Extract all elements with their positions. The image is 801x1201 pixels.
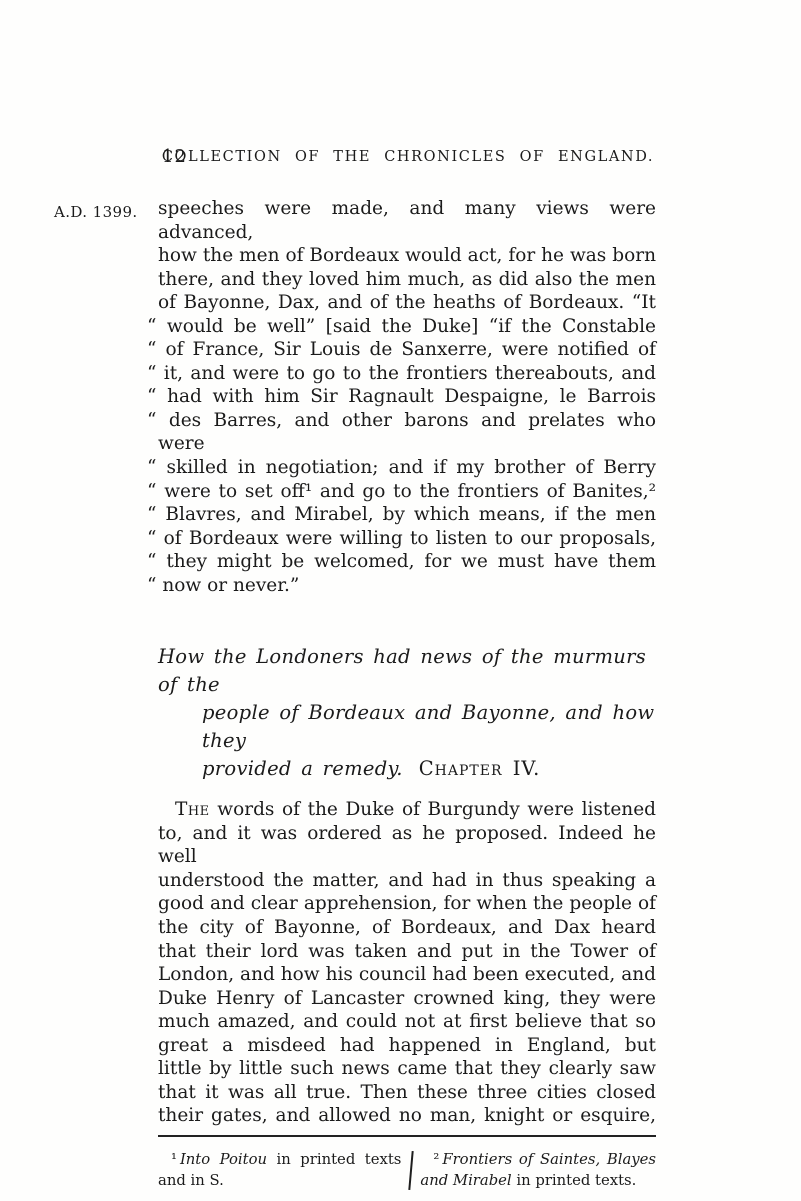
chapter-heading-line: provided a remedy.Chapter IV. [158, 755, 656, 783]
text-line: how the men of Bordeaux would act, for h… [158, 244, 656, 268]
text-line: great a misdeed had happened in England,… [158, 1034, 656, 1058]
text-line: “ des Barres, and other barons and prela… [158, 409, 656, 456]
footnote-rule [158, 1135, 656, 1137]
chapter-heading-line: people of Bordeaux and Bayonne, and how … [158, 699, 656, 755]
text-line: “ Blavres, and Mirabel, by which means, … [158, 503, 656, 527]
paragraph-1: speeches were made, and many views were … [158, 197, 656, 597]
footnotes: ¹Into Poitou in printed texts and in S. … [158, 1149, 656, 1191]
text-line: that their lord was taken and put in the… [158, 940, 656, 964]
text-line: “ it, and were to go to the frontiers th… [158, 362, 656, 386]
text-line: understood the matter, and had in thus s… [158, 869, 656, 893]
text-line: “ they might be welcomed, for we must ha… [158, 550, 656, 574]
footnote-1-marker: ¹ [171, 1151, 177, 1168]
footnote-2-text: in printed texts. [512, 1172, 637, 1189]
footnote-1: ¹Into Poitou in printed texts and in S. [158, 1149, 401, 1191]
chapter-heading: How the Londoners had news of the murmur… [158, 643, 656, 783]
text-line: “ of Bordeaux were willing to listen to … [158, 527, 656, 551]
text-line: “ skilled in negotiation; and if my brot… [158, 456, 656, 480]
text-line: good and clear apprehension, for when th… [158, 892, 656, 916]
page-number: 12 [162, 146, 187, 167]
chapter-number-label: Chapter IV. [419, 757, 541, 780]
text-line: “ had with him Sir Ragnault Despaigne, l… [158, 385, 656, 409]
chapter-heading-italic: provided a remedy. [202, 757, 403, 780]
text-line: much amazed, and could not at first beli… [158, 1010, 656, 1034]
text-column: speeches were made, and many views were … [158, 197, 656, 1191]
text-line: “ would be well” [said the Duke] “if the… [158, 315, 656, 339]
running-title: COLLECTION OF THE CHRONICLES OF ENGLAND. [162, 149, 654, 165]
text-line: there, and they loved him much, as did a… [158, 268, 656, 292]
text-line: “ of France, Sir Louis de Sanxerre, were… [158, 338, 656, 362]
footnote-2: ²Frontiers of Saintes, Blayes and Mirabe… [420, 1149, 656, 1191]
text-line: “ now or never.” [158, 574, 656, 598]
margin-note-date: A.D. 1399. [54, 203, 138, 221]
text-line: The words of the Duke of Burgundy were l… [158, 798, 656, 822]
footnote-1-italic: Into Poitou [180, 1151, 267, 1168]
running-header: 12 COLLECTION OF THE CHRONICLES OF ENGLA… [158, 146, 658, 165]
text-line: little by little such news came that the… [158, 1057, 656, 1081]
text-line: that it was all true. Then these three c… [158, 1081, 656, 1105]
chapter-heading-line: How the Londoners had news of the murmur… [158, 643, 656, 699]
footnote-column-divider [409, 1151, 414, 1190]
lead-word-smallcaps: The [175, 799, 210, 820]
text-line: London, and how his council had been exe… [158, 963, 656, 987]
book-page: 12 COLLECTION OF THE CHRONICLES OF ENGLA… [0, 0, 801, 1201]
text-line: Duke Henry of Lancaster crowned king, th… [158, 987, 656, 1011]
text-line: to, and it was ordered as he proposed. I… [158, 822, 656, 869]
text-line: their gates, and allowed no man, knight … [158, 1104, 656, 1128]
paragraph-2: The words of the Duke of Burgundy were l… [158, 798, 656, 1128]
text-line: “ were to set off¹ and go to the frontie… [158, 480, 656, 504]
footnote-2-marker: ² [433, 1151, 439, 1168]
text-line: speeches were made, and many views were … [158, 197, 656, 244]
text-line: of Bayonne, Dax, and of the heaths of Bo… [158, 291, 656, 315]
text-line: the city of Bayonne, of Bordeaux, and Da… [158, 916, 656, 940]
lead-line-rest: words of the Duke of Burgundy were liste… [210, 799, 656, 820]
